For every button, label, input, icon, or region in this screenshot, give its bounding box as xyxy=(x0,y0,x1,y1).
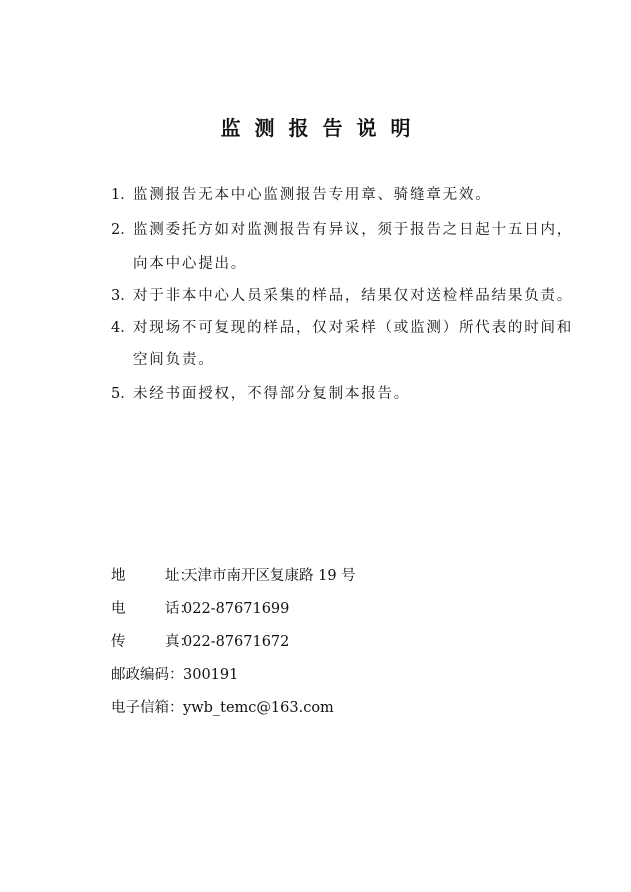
phone-value: 022-87671699 xyxy=(183,601,289,617)
contact-postcode: 邮政编码：300191 xyxy=(111,666,238,684)
item-number: 3． xyxy=(111,287,133,305)
postcode-value: 300191 xyxy=(183,667,238,683)
label: 邮政编码： xyxy=(111,666,183,684)
contact-address: 地址：天津市南开区复康路 19 号 xyxy=(111,567,356,585)
contact-email: 电子信箱：ywb_temc@163.com xyxy=(111,699,334,717)
email-value: ywb_temc@163.com xyxy=(183,700,334,716)
item-number: 1． xyxy=(111,186,133,204)
label: 地 xyxy=(111,567,165,585)
list-item: 1．监测报告无本中心监测报告专用章、骑缝章无效。 xyxy=(111,186,492,204)
item-text: 对于非本中心人员采集的样品，结果仅对送检样品结果负责。 xyxy=(133,288,573,304)
list-item: 2．监测委托方如对监测报告有异议，须于报告之日起十五日内， xyxy=(111,221,573,239)
list-item: 4．对现场不可复现的样品，仅对采样（或监测）所代表的时间和 xyxy=(111,319,573,337)
label: 电子信箱： xyxy=(111,699,183,717)
item-text-continuation: 向本中心提出。 xyxy=(133,255,247,273)
item-number: 4． xyxy=(111,319,133,337)
fax-value: 022-87671672 xyxy=(183,634,289,650)
label: 传 xyxy=(111,633,165,651)
list-item: 5．未经书面授权，不得部分复制本报告。 xyxy=(111,385,410,403)
item-text-continuation: 空间负责。 xyxy=(133,351,215,369)
address-value: 天津市南开区复康路 19 号 xyxy=(183,568,356,584)
item-number: 2． xyxy=(111,221,133,239)
item-number: 5． xyxy=(111,385,133,403)
list-item: 3．对于非本中心人员采集的样品，结果仅对送检样品结果负责。 xyxy=(111,287,573,305)
label: 电 xyxy=(111,600,165,618)
page-title: 监测报告说明 xyxy=(0,112,631,141)
item-text: 对现场不可复现的样品，仅对采样（或监测）所代表的时间和 xyxy=(133,320,573,336)
item-text: 未经书面授权，不得部分复制本报告。 xyxy=(133,386,410,402)
contact-phone: 电话：022-87671699 xyxy=(111,600,289,618)
item-text: 监测委托方如对监测报告有异议，须于报告之日起十五日内， xyxy=(133,222,573,238)
contact-fax: 传真：022-87671672 xyxy=(111,633,289,651)
item-text: 监测报告无本中心监测报告专用章、骑缝章无效。 xyxy=(133,187,492,203)
